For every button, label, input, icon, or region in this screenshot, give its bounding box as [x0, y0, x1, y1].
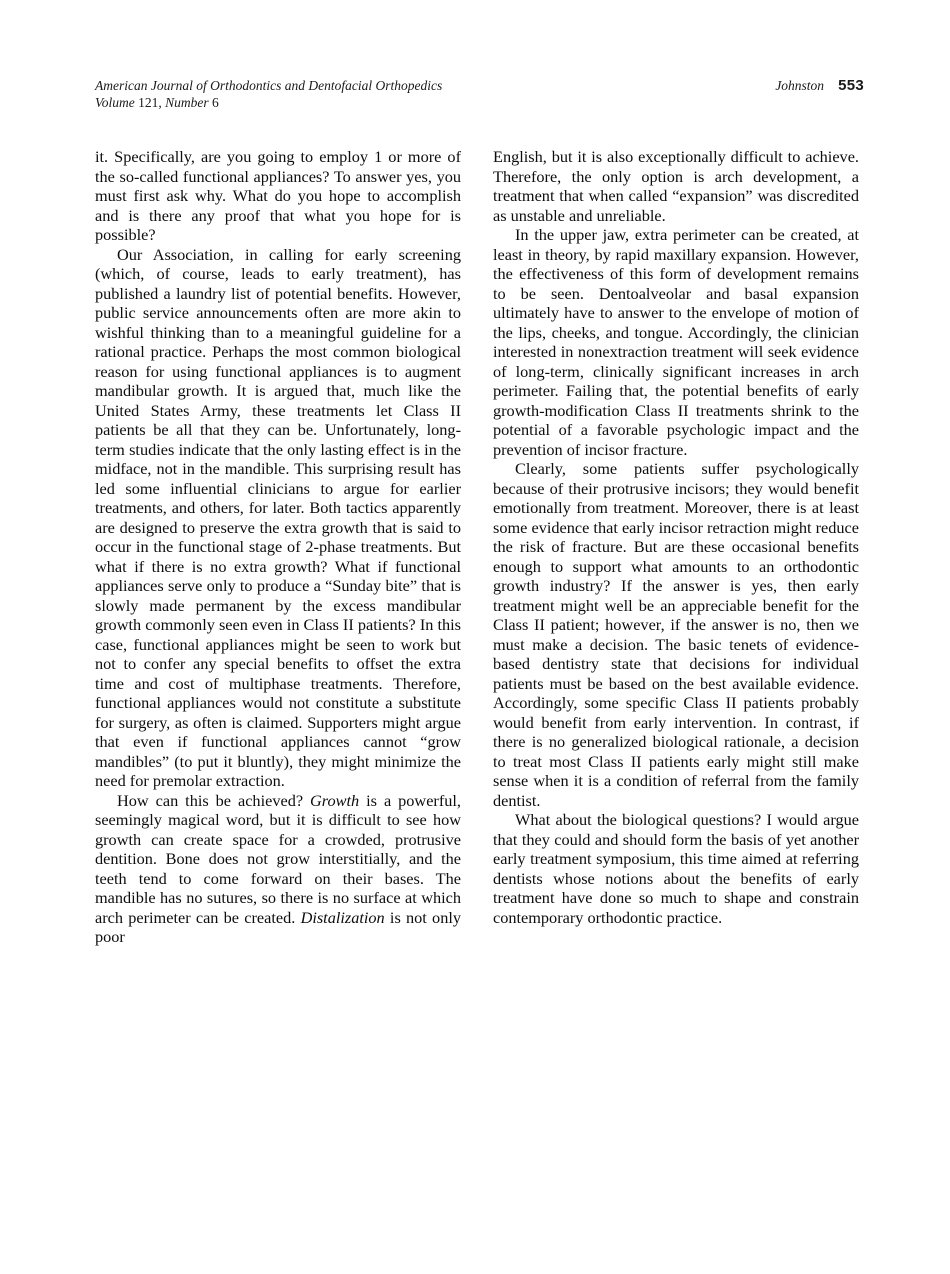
paragraph: English, but it is also exceptionally di…: [493, 147, 859, 225]
column-right: English, but it is also exceptionally di…: [493, 147, 859, 947]
journal-title: American Journal of Orthodontics and Den…: [95, 77, 442, 94]
running-header: American Journal of Orthodontics and Den…: [95, 77, 864, 111]
paragraph: In the upper jaw, extra perimeter can be…: [493, 225, 859, 459]
paragraph: How can this be achieved? Growth is a po…: [95, 791, 461, 947]
paragraph: it. Specifically, are you going to emplo…: [95, 147, 461, 245]
journal-issue-line: Volume 121, Number 6: [95, 94, 442, 111]
journal-page: American Journal of Orthodontics and Den…: [0, 0, 950, 1274]
paragraph: Our Association, in calling for early sc…: [95, 245, 461, 791]
column-left: it. Specifically, are you going to emplo…: [95, 147, 461, 947]
running-head-right: Johnston 553: [775, 77, 864, 94]
emphasized-term: Growth: [310, 791, 359, 810]
emphasized-term: Distalization: [301, 908, 385, 927]
paragraph: Clearly, some patients suffer psychologi…: [493, 459, 859, 810]
journal-info: American Journal of Orthodontics and Den…: [95, 77, 442, 111]
article-body: it. Specifically, are you going to emplo…: [95, 147, 859, 947]
paragraph: What about the biological questions? I w…: [493, 810, 859, 927]
page-number: 553: [838, 77, 864, 94]
running-head-author: Johnston: [775, 77, 824, 94]
